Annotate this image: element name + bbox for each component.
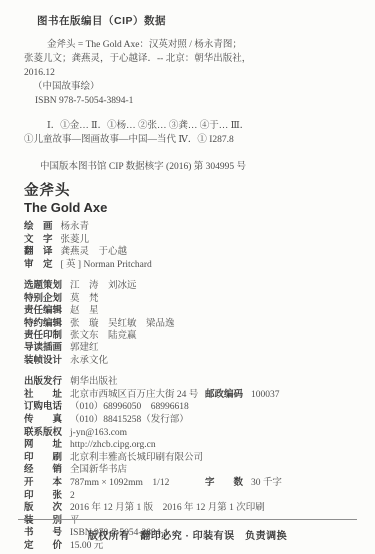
footer: 版权所有 翻印必究 · 印装有误 负责调换 <box>0 519 375 542</box>
cip-record-line: 金斧头 = The Gold Axe：汉英对照 / 杨永青图； <box>24 38 355 52</box>
staff-row: 装帧设计永承文化 <box>24 355 375 367</box>
staff-label: 特别企划 <box>24 293 62 304</box>
staff-value: 张 璇 吴红敏 梁品逸 <box>70 319 175 329</box>
publishing-value: 30 千字 <box>251 478 282 488</box>
publishing-row: 印 刷北京利丰雅高长城印刷有限公司 <box>24 452 375 465</box>
isbn-line: ISBN 978-7-5054-3894-1 <box>24 94 355 108</box>
publishing-value: 787mm × 1092mm 1/12 <box>70 478 169 488</box>
staff-label: 装帧设计 <box>24 355 62 366</box>
credit-row: 翻 译龚燕灵 于心越 <box>24 246 375 259</box>
credit-label: 翻 译 <box>24 246 53 257</box>
copyright-notice: 版权所有 翻印必究 · 印装有误 负责调换 <box>0 527 375 542</box>
staff-value: 郭建红 <box>70 343 99 353</box>
staff-label: 选题策划 <box>24 280 62 291</box>
book-title-cn: 金斧头 <box>24 183 375 200</box>
staff-row: 特别企划莫 梵 <box>24 293 375 305</box>
credit-row: 文 字张菱儿 <box>24 234 375 247</box>
staff-row: 责任印制张文东 陆竞赢 <box>24 330 375 342</box>
postal-code-pair: 邮政编码100037 <box>205 389 280 402</box>
cip-record-line: 2016.12 <box>24 66 355 80</box>
credit-value: [ 英 ] Norman Pritchard <box>61 260 152 270</box>
cip-record: 金斧头 = The Gold Axe：汉英对照 / 杨永青图； 张菱儿文；龚燕灵… <box>24 38 355 108</box>
publishing-label: 印 刷 <box>24 452 62 463</box>
publishing-label: 订购电话 <box>24 401 62 412</box>
publishing-row: 印 张2 <box>24 490 375 503</box>
staff-value: 莫 梵 <box>70 294 99 304</box>
footer-divider <box>18 519 357 520</box>
credits-section: 绘 画杨永青 文 字张菱儿 翻 译龚燕灵 于心越 审 定[ 英 ] Norman… <box>24 221 375 271</box>
staff-row: 选题策划江 涛 刘冰远 <box>24 280 375 292</box>
staff-row: 特约编辑张 璇 吴红敏 梁品逸 <box>24 318 375 330</box>
credit-label: 绘 画 <box>24 221 53 232</box>
cip-record-line: 张菱儿文；龚燕灵，于心越译．-- 北京：朝华出版社， <box>24 52 355 66</box>
publishing-value: 北京市西城区百万庄大街 24 号 <box>70 390 198 400</box>
title-block: 金斧头 The Gold Axe <box>24 183 375 216</box>
publishing-label: 经 销 <box>24 464 62 475</box>
classification-line: ①儿童故事—图画故事—中国—当代 Ⅳ．① I287.8 <box>24 133 355 147</box>
publishing-label: 社 址 <box>24 389 62 400</box>
publishing-row: 社 址北京市西城区百万庄大街 24 号 邮政编码100037 <box>24 389 375 402</box>
publishing-value: j-yn@163.com <box>70 428 127 438</box>
publishing-row: 开 本787mm × 1092mm 1/12 字 数30 千字 <box>24 477 375 490</box>
credit-label: 审 定 <box>24 259 53 270</box>
credit-row: 绘 画杨永青 <box>24 221 375 234</box>
credit-value: 杨永青 <box>61 222 90 232</box>
staff-row: 导读插画郭建红 <box>24 342 375 354</box>
staff-section: 选题策划江 涛 刘冰远 特别企划莫 梵 责任编辑赵 星 特约编辑张 璇 吴红敏 … <box>24 280 375 367</box>
publishing-row: 版 次2016 年 12 月第 1 版 2016 年 12 月第 1 次印刷 <box>24 502 375 515</box>
publishing-label: 开 本 <box>24 477 62 488</box>
staff-value: 江 涛 刘冰远 <box>70 281 137 291</box>
publishing-value: （010）88415258（发行部） <box>70 415 189 425</box>
publishing-value: http://zhcb.cipg.org.cn <box>70 440 156 450</box>
staff-value: 永承文化 <box>70 356 108 366</box>
publishing-value: 100037 <box>251 390 280 400</box>
publishing-value: 15.00 元 <box>70 541 103 551</box>
publishing-label: 网 址 <box>24 439 62 450</box>
credit-value: 张菱儿 <box>61 235 90 245</box>
publishing-label: 出版发行 <box>24 376 62 387</box>
cip-registry-number: 中国版本图书馆 CIP 数据核字 (2016) 第 304995 号 <box>40 158 375 172</box>
staff-row: 责任编辑赵 星 <box>24 305 375 317</box>
publishing-row: 经 销全国新华书店 <box>24 464 375 477</box>
publishing-label: 印 张 <box>24 490 62 501</box>
credit-label: 文 字 <box>24 234 53 245</box>
publishing-value: 全国新华书店 <box>70 465 127 475</box>
word-count-pair: 字 数30 千字 <box>205 477 282 490</box>
staff-label: 导读插画 <box>24 342 62 353</box>
publishing-label: 版 次 <box>24 502 62 513</box>
publishing-value: （010）68996050 68996618 <box>70 402 189 412</box>
publishing-value: 北京利丰雅高长城印刷有限公司 <box>70 453 203 463</box>
publishing-row: 出版发行朝华出版社 <box>24 376 375 389</box>
publishing-row: 网 址http://zhcb.cipg.org.cn <box>24 439 375 452</box>
publishing-row: 联系版权j-yn@163.com <box>24 427 375 440</box>
publishing-row: 订购电话（010）68996050 68996618 <box>24 401 375 414</box>
copyright-page: 图书在版编目（CIP）数据 金斧头 = The Gold Axe：汉英对照 / … <box>0 0 375 554</box>
credit-value: 龚燕灵 于心越 <box>61 247 128 257</box>
publishing-label: 字 数 <box>205 477 243 488</box>
credit-row: 审 定[ 英 ] Norman Pritchard <box>24 259 375 272</box>
publishing-value: 2016 年 12 月第 1 版 2016 年 12 月第 1 次印刷 <box>70 503 265 513</box>
staff-label: 责任编辑 <box>24 305 62 316</box>
staff-label: 责任印制 <box>24 330 62 341</box>
staff-value: 张文东 陆竞赢 <box>70 331 137 341</box>
classification-block: Ⅰ．①金… Ⅱ．①杨… ②张… ③龚… ④于… Ⅲ． ①儿童故事—图画故事—中国… <box>24 119 355 147</box>
publishing-label: 传 真 <box>24 414 62 425</box>
publishing-value: 朝华出版社 <box>70 377 118 387</box>
classification-line: Ⅰ．①金… Ⅱ．①杨… ②张… ③龚… ④于… Ⅲ． <box>24 119 355 133</box>
publishing-label: 联系版权 <box>24 427 62 438</box>
publishing-row: 传 真（010）88415258（发行部） <box>24 414 375 427</box>
staff-label: 特约编辑 <box>24 318 62 329</box>
book-title-en: The Gold Axe <box>24 200 375 216</box>
staff-value: 赵 星 <box>70 306 99 316</box>
cip-header: 图书在版编目（CIP）数据 <box>37 13 375 28</box>
publishing-label: 邮政编码 <box>205 389 243 400</box>
publishing-value: 2 <box>70 491 75 501</box>
series-note: （中国故事绘） <box>24 80 355 94</box>
